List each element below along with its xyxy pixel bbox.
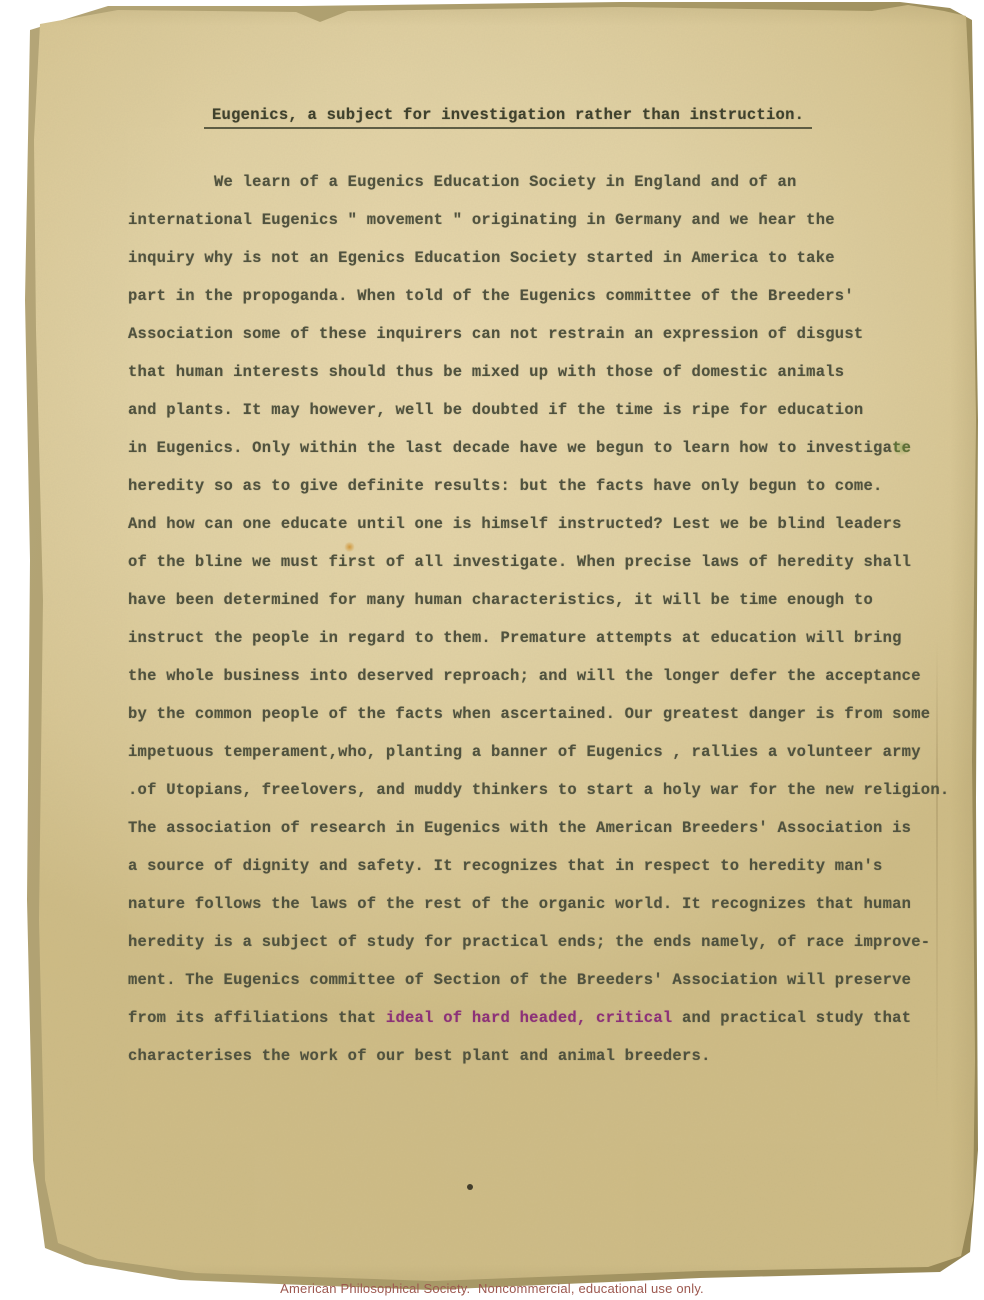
typed-line: heredity is a subject of study for pract… — [128, 923, 958, 961]
typed-segment: heredity is a subject of study for pract… — [128, 933, 930, 951]
typed-segment: And how can one educate until one is him… — [128, 515, 902, 533]
typed-segment: from its affiliations that — [128, 1009, 386, 1027]
typed-line: We learn of a Eugenics Education Society… — [128, 163, 958, 201]
typed-line: international Eugenics " movement " orig… — [128, 201, 958, 239]
typed-line: the whole business into deserved reproac… — [128, 657, 958, 695]
typed-segment: heredity so as to give definite results:… — [128, 477, 883, 495]
typed-segment: Association some of these inquirers can … — [128, 325, 863, 343]
typed-segment: The association of research in Eugenics … — [128, 819, 911, 837]
typed-line: Association some of these inquirers can … — [128, 315, 958, 353]
typed-line: characterises the work of our best plant… — [128, 1037, 958, 1075]
typed-line: The association of research in Eugenics … — [128, 809, 958, 847]
typed-line: have been determined for many human char… — [128, 581, 958, 619]
typed-segment: nature follows the laws of the rest of t… — [128, 895, 911, 913]
typed-segment: a source of dignity and safety. It recog… — [128, 857, 883, 875]
typed-segment: impetuous temperament,who, planting a ba… — [128, 743, 921, 761]
typed-segment: part in the propoganda. When told of the… — [128, 287, 854, 305]
typed-segment: We learn of a Eugenics Education Society… — [128, 173, 797, 191]
typed-segment: in Eugenics. Only within the last decade… — [128, 439, 892, 457]
typed-line: a source of dignity and safety. It recog… — [128, 847, 958, 885]
typed-line: And how can one educate until one is him… — [128, 505, 958, 543]
typed-line: by the common people of the facts when a… — [128, 695, 958, 733]
typed-line: .of Utopians, freelovers, and muddy thin… — [128, 771, 958, 809]
typed-line: part in the propoganda. When told of the… — [128, 277, 958, 315]
typed-body: We learn of a Eugenics Education Society… — [128, 163, 958, 1075]
credit-line: American Philosophical Society. Noncomme… — [0, 1281, 984, 1296]
typed-line: nature follows the laws of the rest of t… — [128, 885, 958, 923]
scanned-page: Eugenics, a subject for investigation ra… — [0, 0, 984, 1300]
typed-segment: the whole business into deserved reproac… — [128, 667, 921, 685]
typed-segment: characterises the work of our best plant… — [128, 1047, 711, 1065]
typed-line: ment. The Eugenics committee of Section … — [128, 961, 958, 999]
typed-line: heredity so as to give definite results:… — [128, 467, 958, 505]
document-title: Eugenics, a subject for investigation ra… — [204, 106, 812, 129]
typed-line: and plants. It may however, well be doub… — [128, 391, 958, 429]
typed-line: in Eugenics. Only within the last decade… — [128, 429, 958, 467]
typed-segment: international Eugenics " movement " orig… — [128, 211, 835, 229]
typed-line: from its affiliations that ideal of hard… — [128, 999, 958, 1037]
typed-content: Eugenics, a subject for investigation ra… — [0, 0, 984, 1300]
typed-segment: by the common people of the facts when a… — [128, 705, 930, 723]
typed-segment: and plants. It may however, well be doub… — [128, 401, 863, 419]
typed-segment-green-blot: te — [892, 439, 911, 457]
typed-line: instruct the people in regard to them. P… — [128, 619, 958, 657]
typed-segment: inquiry why is not an Egenics Education … — [128, 249, 835, 267]
typed-segment: that human interests should thus be mixe… — [128, 363, 844, 381]
typed-line: inquiry why is not an Egenics Education … — [128, 239, 958, 277]
typed-line: that human interests should thus be mixe… — [128, 353, 958, 391]
typed-segment: instruct the people in regard to them. P… — [128, 629, 902, 647]
typed-segment: of the bline we must first of all invest… — [128, 553, 911, 571]
typed-segment: and practical study that — [672, 1009, 911, 1027]
typed-line: of the bline we must first of all invest… — [128, 543, 958, 581]
typed-segment-purple: ideal of hard headed, critical — [386, 1009, 673, 1027]
typed-segment: ment. The Eugenics committee of Section … — [128, 971, 911, 989]
typed-segment: have been determined for many human char… — [128, 591, 873, 609]
typed-line: impetuous temperament,who, planting a ba… — [128, 733, 958, 771]
typed-segment: .of Utopians, freelovers, and muddy thin… — [128, 781, 949, 799]
